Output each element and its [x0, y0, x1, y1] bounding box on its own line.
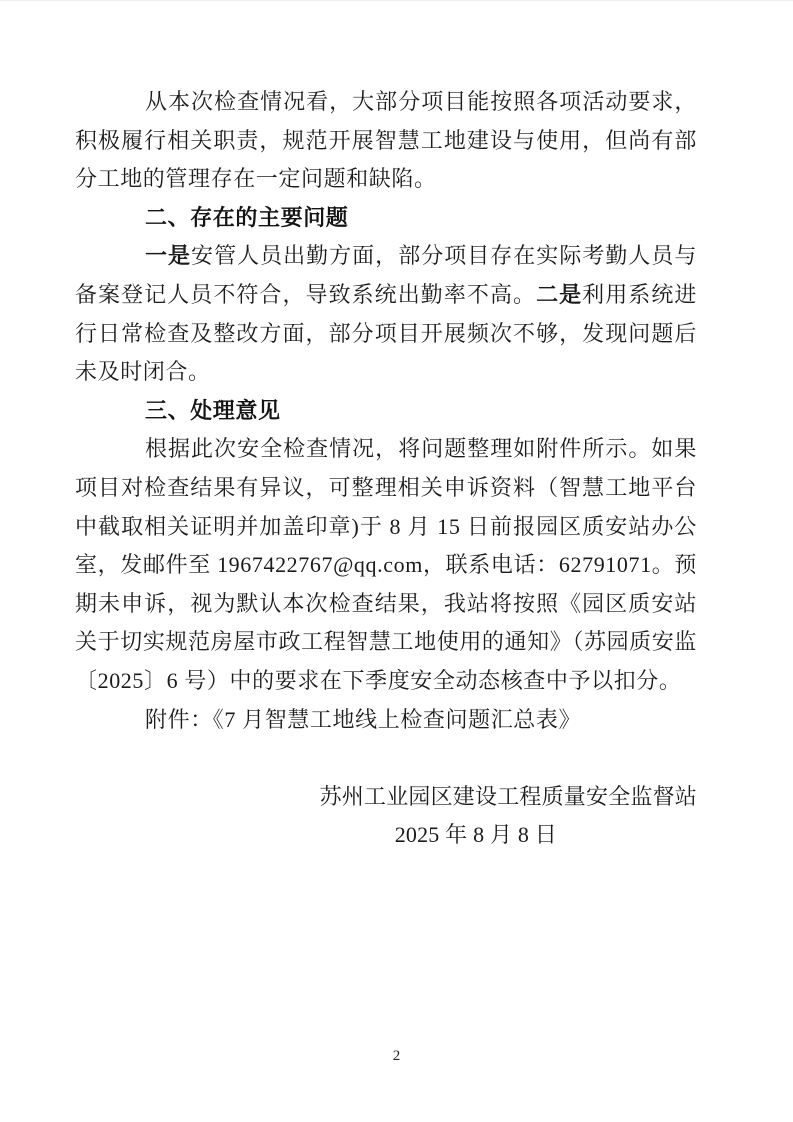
intro-paragraph: 从本次检查情况看，大部分项目能按照各项活动要求，积极履行相关职责，规范开展智慧工… [75, 83, 697, 199]
item-1-label: 一是 [145, 243, 191, 268]
signature-organization: 苏州工业园区建设工程质量安全监督站 [75, 778, 697, 817]
section-2-heading: 二、存在的主要问题 [75, 199, 697, 238]
section-2-paragraph: 一是安管人员出勤方面，部分项目存在实际考勤人员与备案登记人员不符合，导致系统出勤… [75, 237, 697, 391]
section-3-paragraph: 根据此次安全检查情况，将问题整理如附件所示。如果项目对检查结果有异议，可整理相关… [75, 430, 697, 700]
document-page: 从本次检查情况看，大部分项目能按照各项活动要求，积极履行相关职责，规范开展智慧工… [0, 0, 793, 1122]
signature-date: 2025 年 8 月 8 日 [75, 816, 697, 855]
page-number: 2 [0, 1046, 793, 1066]
document-content: 从本次检查情况看，大部分项目能按照各项活动要求，积极履行相关职责，规范开展智慧工… [75, 83, 697, 855]
blank-line [75, 739, 697, 778]
item-2-label: 二是 [536, 282, 582, 307]
attachment-line: 附件：《7 月智慧工地线上检查问题汇总表》 [75, 701, 697, 740]
section-3-heading: 三、处理意见 [75, 392, 697, 431]
